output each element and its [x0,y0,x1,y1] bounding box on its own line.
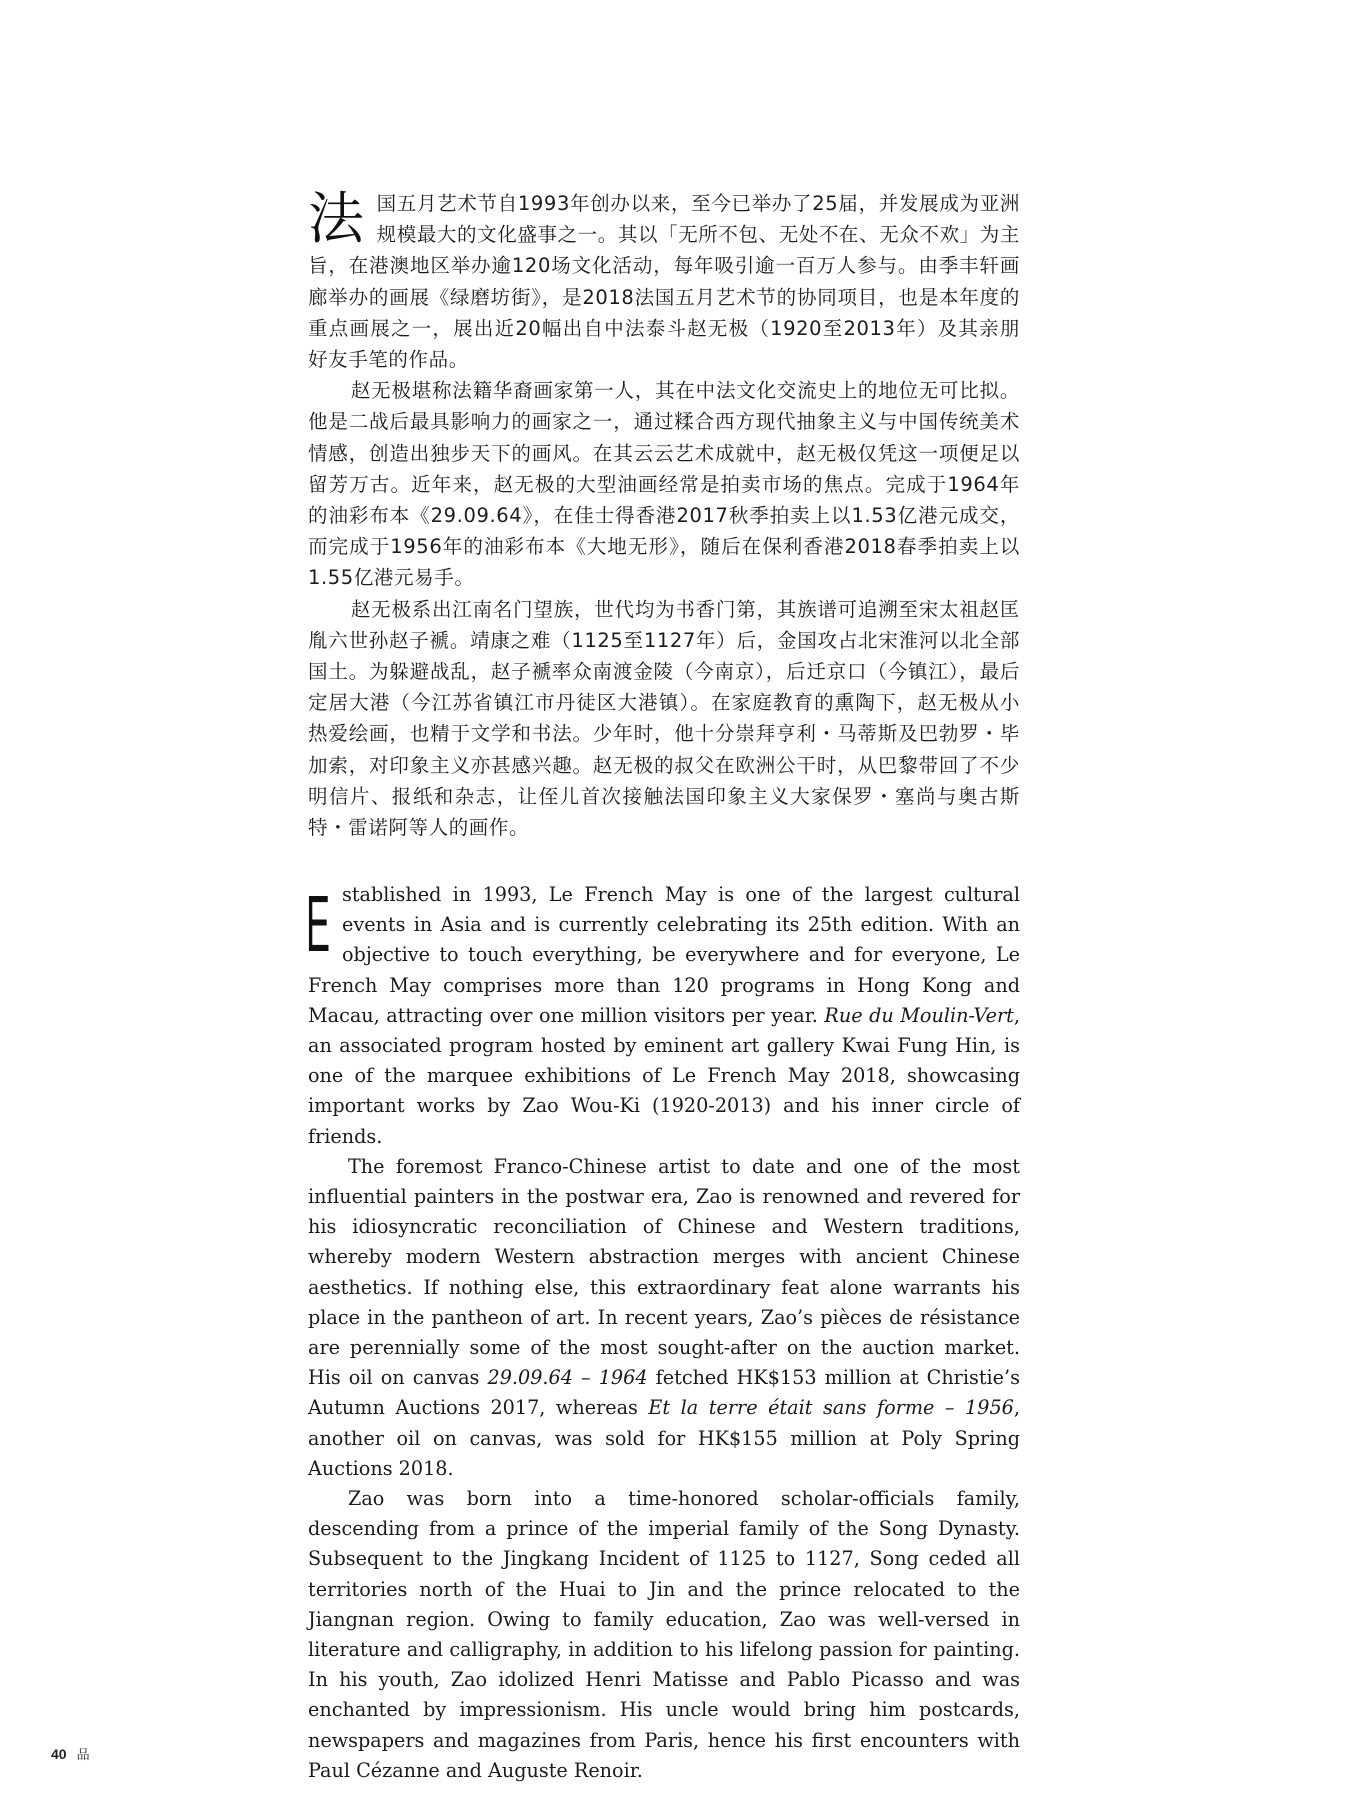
english-paragraph-1: Established in 1993, Le French May is on… [308,880,1020,1152]
english-paragraph-3: Zao was born into a time-honored scholar… [308,1484,1020,1786]
chinese-paragraph-3: 赵无极系出江南名门望族，世代均为书香门第，其族谱可追溯至宋太祖赵匡胤六世孙赵子褫… [308,594,1020,844]
chinese-paragraph-1-text: 国五月艺术节自1993年创办以来，至今已举办了25届，并发展成为亚洲规模最大的文… [308,192,1020,371]
chinese-paragraph-1: 法国五月艺术节自1993年创办以来，至今已举办了25届，并发展成为亚洲规模最大的… [308,188,1020,375]
chinese-paragraph-2: 赵无极堪称法籍华裔画家第一人，其在中法文化交流史上的地位无可比拟。他是二战后最具… [308,375,1020,593]
english-article: Established in 1993, Le French May is on… [308,880,1020,1786]
chinese-article: 法国五月艺术节自1993年创办以来，至今已举办了25届，并发展成为亚洲规模最大的… [308,188,1020,843]
page-number: 40 [51,1746,67,1762]
english-paragraph-2: The foremost Franco-Chinese artist to da… [308,1152,1020,1484]
page-folio: 40 品 [51,1744,90,1763]
english-p2-text-a: The foremost Franco-Chinese artist to da… [308,1155,1020,1389]
english-drop-cap: E [306,886,318,968]
exhibition-title: Rue du Moulin-Vert [824,1004,1013,1027]
artwork-title-1964: 29.09.64 – 1964 [488,1366,648,1389]
magazine-page: 法国五月艺术节自1993年创办以来，至今已举办了25届，并发展成为亚洲规模最大的… [0,0,1350,1800]
chinese-drop-cap: 法 [308,192,365,248]
magazine-mark: 品 [77,1744,90,1763]
artwork-title-1956: Et la terre était sans forme – 1956 [648,1396,1013,1419]
